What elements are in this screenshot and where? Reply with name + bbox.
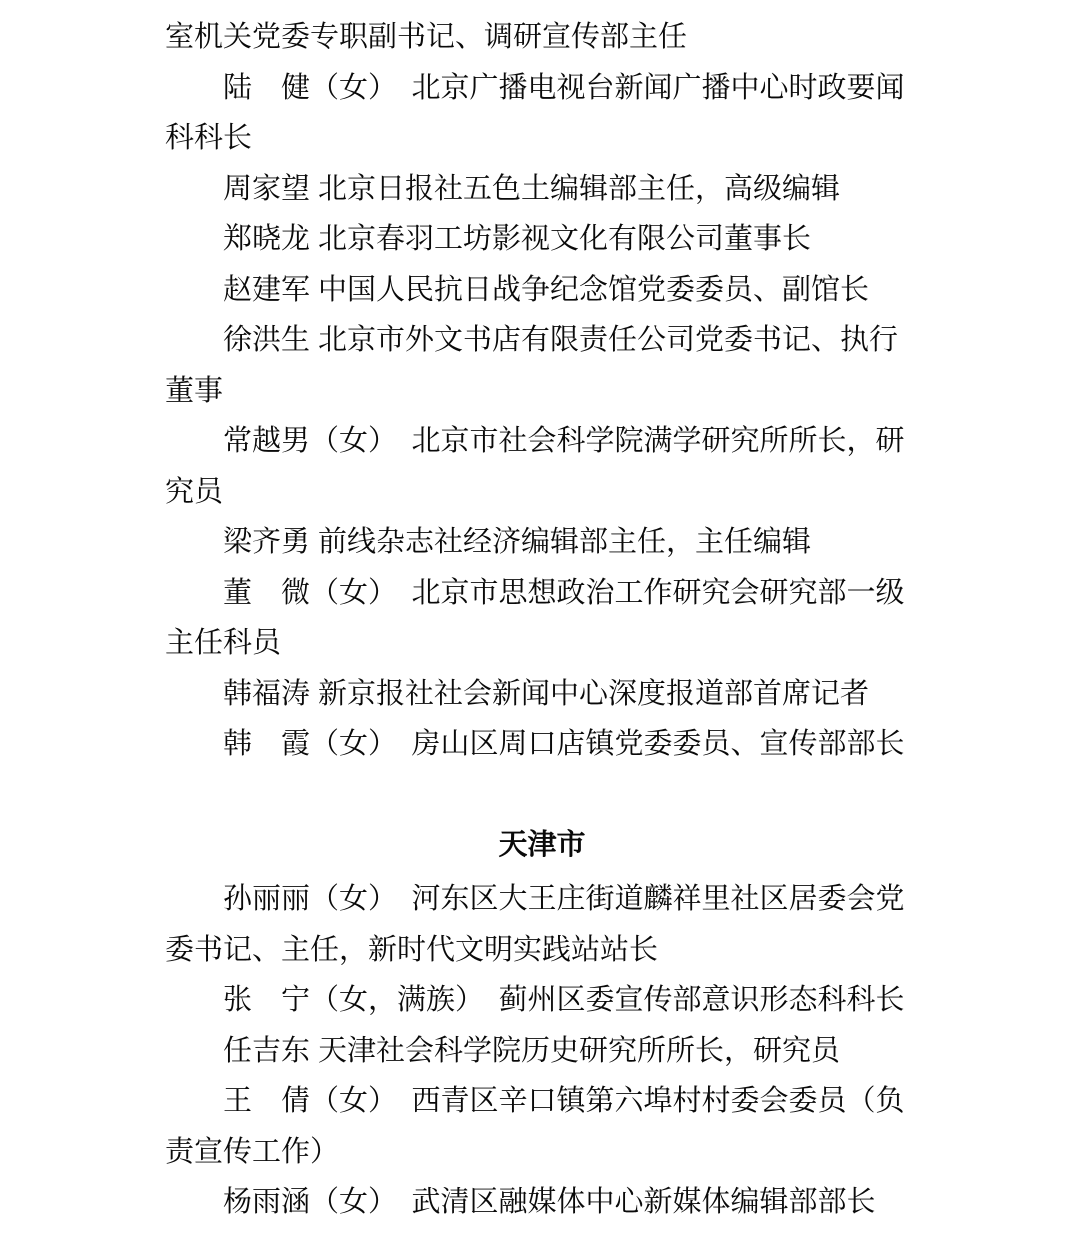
text-line: 韩 霞（女） 房山区周口店镇党委委员、宣传部部长 [165, 719, 919, 770]
document-page: 室机关党委专职副书记、调研宣传部主任陆 健（女） 北京广播电视台新闻广播中心时政… [0, 0, 1080, 1246]
text-line: 常越男（女） 北京市社会科学院满学研究所所长，研 [165, 416, 919, 467]
section-heading: 天津市 [165, 820, 919, 871]
text-line: 陆 健（女） 北京广播电视台新闻广播中心时政要闻 [165, 63, 919, 114]
text-line: 科科长 [165, 113, 919, 164]
text-line: 王 倩（女） 西青区辛口镇第六埠村村委会委员（负 [165, 1076, 919, 1127]
text-line: 赵建军 中国人民抗日战争纪念馆党委委员、副馆长 [165, 265, 919, 316]
text-line: 任吉东 天津社会科学院历史研究所所长，研究员 [165, 1026, 919, 1077]
text-line: 徐洪生 北京市外文书店有限责任公司党委书记、执行 [165, 315, 919, 366]
text-line: 韩福涛 新京报社社会新闻中心深度报道部首席记者 [165, 669, 919, 720]
text-line: 责宣传工作） [165, 1127, 919, 1178]
text-line: 孙丽丽（女） 河东区大王庄街道麟祥里社区居委会党 [165, 874, 919, 925]
text-line: 委书记、主任，新时代文明实践站站长 [165, 925, 919, 976]
text-line: 究员 [165, 467, 919, 518]
text-line: 张 宁（女，满族） 蓟州区委宣传部意识形态科科长 [165, 975, 919, 1026]
text-line: 郑晓龙 北京春羽工坊影视文化有限公司董事长 [165, 214, 919, 265]
text-line: 杨雨涵（女） 武清区融媒体中心新媒体编辑部部长 [165, 1177, 919, 1228]
text-line: 梁齐勇 前线杂志社经济编辑部主任，主任编辑 [165, 517, 919, 568]
text-line: 室机关党委专职副书记、调研宣传部主任 [165, 12, 919, 63]
text-line: 周家望 北京日报社五色土编辑部主任，高级编辑 [165, 164, 919, 215]
text-line: 主任科员 [165, 618, 919, 669]
text-line: 董 微（女） 北京市思想政治工作研究会研究部一级 [165, 568, 919, 619]
text-line: 董事 [165, 366, 919, 417]
